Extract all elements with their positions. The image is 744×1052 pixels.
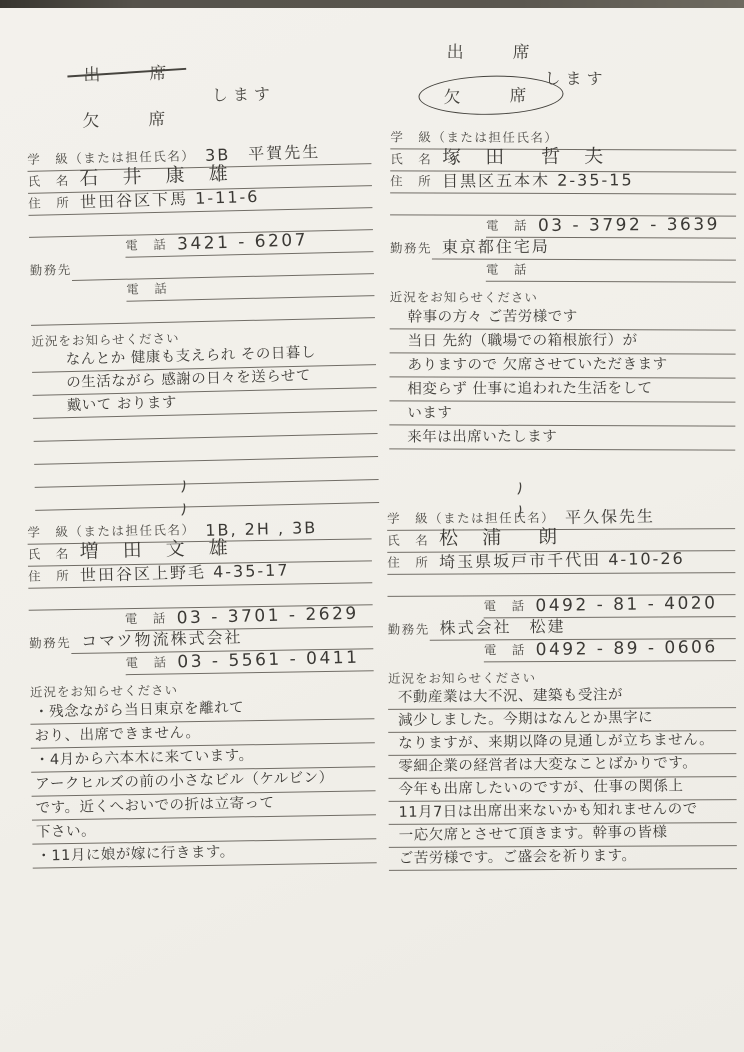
news-line: ご苦労様です。ご盛会を祈ります。 [389, 846, 737, 871]
employer-phone-row: 電 話 [486, 260, 736, 283]
name-label: 氏 名 [390, 149, 432, 170]
name-label: 氏 名 [28, 544, 70, 566]
employer-value: 株式会社 松建 [439, 614, 565, 640]
phone-label: 電 話 [125, 235, 167, 257]
news-line: 来年は出席いたします [389, 425, 735, 450]
scanned-reply-forms-sheet: 出 席 します 欠 席 学 級（または担任氏名） 3B 平賀先生 氏 名 石 井… [0, 0, 744, 1052]
scanner-edge-strip [0, 0, 744, 8]
employer-phone-value: 0492 - 89 - 0606 [536, 637, 718, 661]
employer-phone-row: 電 話 0492 - 89 - 0606 [484, 639, 736, 662]
name-value: 塚 田 哲 夫 [442, 141, 612, 170]
reply-card-top-right: 出 席 します 欠 席 学 級（または担任氏名） 氏 名 塚 田 哲 夫 住 所… [389, 25, 736, 450]
attendance-header: 出 席 します 欠 席 [25, 46, 371, 150]
address-label: 住 所 [28, 566, 70, 588]
name-label: 氏 名 [28, 171, 70, 193]
phone-value: 3421 - 6207 [177, 230, 309, 255]
absent-option: 欠 席 [82, 104, 182, 131]
news-label: 近況をお知らせください [390, 287, 736, 306]
attend-option: 出 席 [447, 38, 546, 63]
cut-marks-left: ) ) [182, 478, 186, 516]
absent-option-circled: 欠 席 [418, 75, 563, 115]
news-line: ・11月に娘が嫁に行きます。 [32, 839, 376, 868]
address-label: 住 所 [387, 553, 429, 574]
employer-value: コマツ物流株式会社 [81, 625, 243, 653]
employer-phone-label: 電 話 [125, 653, 167, 675]
employer-phone-label: 電 話 [126, 279, 168, 301]
attendance-header: 出 席 します 欠 席 [390, 25, 736, 128]
reply-card-bottom-left: 学 級（または担任氏名） 1B, 2H , 3B 氏 名 増 田 文 雄 住 所… [27, 517, 376, 868]
news-line: 当日 先約（職場での箱根旅行）が [390, 329, 736, 354]
address-value: 埼玉県坂戸市千代田 4-10-26 [439, 546, 685, 574]
address-value: 目黒区五本木 2-35-15 [442, 167, 634, 192]
employer-label: 勤務先 [30, 260, 72, 282]
name-label: 氏 名 [387, 531, 429, 552]
employer-label: 勤務先 [29, 633, 71, 655]
absent-circle: 欠 席 [418, 74, 564, 116]
blank-rule [390, 193, 736, 216]
employer-row: 勤務先 東京都住宅局 [390, 237, 736, 260]
news-line: ありますので 欠席させていただきます [390, 353, 736, 378]
employer-phone-value: 03 - 5561 - 0411 [177, 648, 360, 674]
address-row: 住 所 埼玉県坂戸市千代田 4-10-26 [387, 551, 735, 575]
phone-value: 03 - 3792 - 3639 [538, 215, 720, 237]
employer-phone-label: 電 話 [484, 640, 526, 661]
suffix-shimasu: します [212, 81, 276, 105]
reply-card-top-left: 出 席 します 欠 席 学 級（または担任氏名） 3B 平賀先生 氏 名 石 井… [25, 46, 379, 511]
address-value: 世田谷区上野毛 4-35-17 [80, 557, 290, 586]
employer-value: 東京都住宅局 [442, 234, 550, 259]
reply-card-bottom-right: 学 級（または担任氏名） 平久保先生 氏 名 松 浦 朗 住 所 埼玉県坂戸市千… [387, 507, 737, 871]
address-label: 住 所 [390, 171, 432, 192]
address-value: 世田谷区下馬 1-11-6 [80, 184, 260, 214]
news-line: います [389, 401, 735, 426]
cut-marks-right: ) ) [518, 480, 522, 518]
attend-option-struck: 出 席 [83, 58, 183, 85]
employer-label: 勤務先 [390, 238, 432, 259]
employer-phone-label: 電 話 [486, 260, 528, 281]
employer-phone-row: 電 話 03 - 5561 - 0411 [125, 649, 373, 675]
blank-rule [31, 296, 375, 326]
news-line: 幹事の方々 ご苦労様です [390, 305, 736, 330]
grade-value: 平久保先生 [565, 504, 655, 529]
employer-label: 勤務先 [388, 620, 430, 641]
address-label: 住 所 [28, 193, 70, 215]
news-line: 相変らず 仕事に追われた生活をして [389, 377, 735, 402]
address-row: 住 所 目黒区五本木 2-35-15 [390, 171, 736, 194]
